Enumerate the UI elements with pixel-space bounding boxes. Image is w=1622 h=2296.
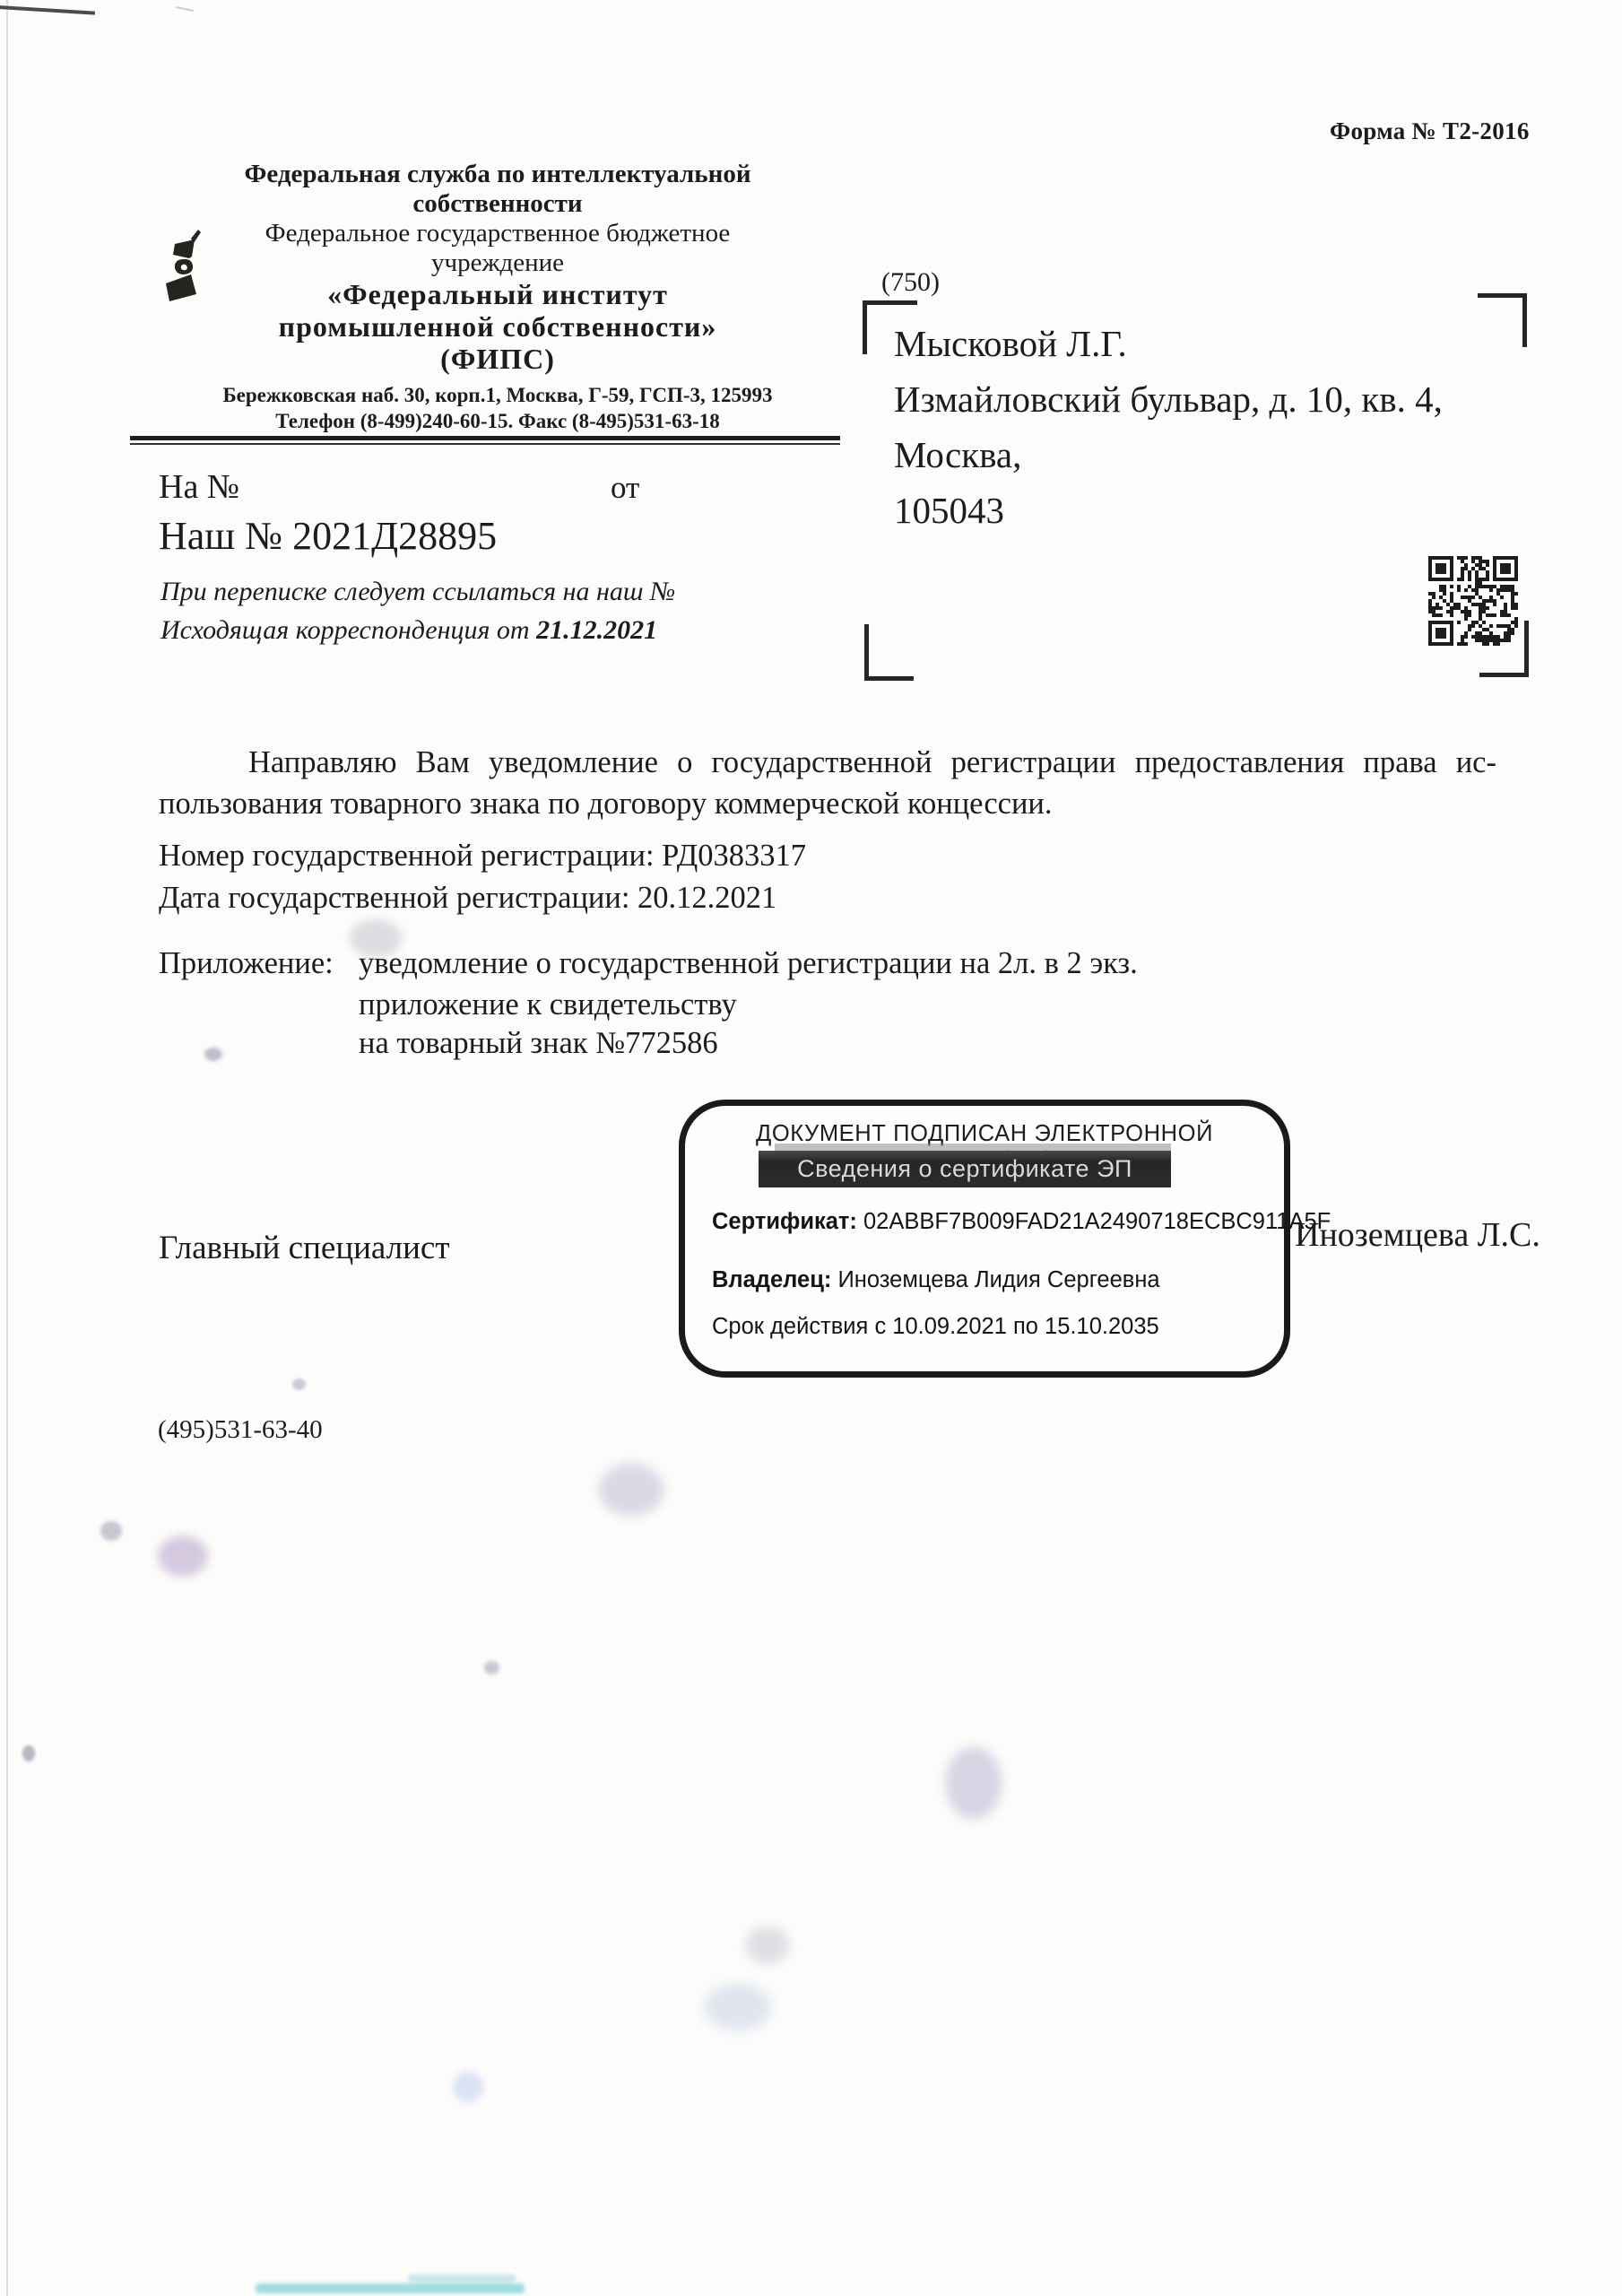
- body-paragraph-line1: Направляю Вам уведомление о государствен…: [159, 745, 1496, 780]
- stain: [599, 1464, 664, 1516]
- sender-institute-line1: «Федеральный институт: [134, 278, 861, 310]
- qr-code: [1428, 556, 1518, 646]
- recipient-code: (750): [881, 267, 940, 298]
- address-window-corner-tr: [1478, 293, 1527, 347]
- registration-number-line: Номер государственной регистрации: РД038…: [159, 839, 806, 874]
- recipient-name: Мысковой Л.Г.: [894, 316, 1468, 371]
- stain: [705, 1984, 771, 2031]
- certificate-info-button: Сведения о сертификате ЭП: [759, 1151, 1171, 1187]
- sender-header: Федеральная служба по интеллектуальной с…: [134, 160, 861, 434]
- stain-bottom-streak: [408, 2274, 516, 2283]
- signer-name: Иноземцева Л.С.: [1295, 1215, 1540, 1255]
- reference-note-line2: Исходящая корреспонденция от 21.12.2021: [160, 615, 657, 646]
- stain: [100, 1521, 122, 1541]
- scanned-letter-page: { "page": { "form_number": "Форма № Т2-2…: [0, 0, 1622, 2296]
- certificate-label: Сертификат:: [712, 1209, 863, 1234]
- header-divider: [130, 436, 840, 445]
- scan-edge-line: [6, 0, 8, 2296]
- e-signature-stamp: ДОКУМЕНТ ПОДПИСАН ЭЛЕКТРОННОЙ ПОДПИСЬЮ С…: [679, 1100, 1290, 1378]
- reference-note-line1: При переписке следует ссылаться на наш №: [160, 577, 675, 607]
- recipient-postcode: 105043: [894, 483, 1468, 538]
- stain: [946, 1747, 1002, 1819]
- outgoing-number: Наш № 2021Д28895: [159, 513, 497, 559]
- stain: [484, 1661, 499, 1674]
- outgoing-correspondence-date: 21.12.2021: [536, 615, 657, 645]
- sender-service-name-line1: Федеральная служба по интеллектуальной: [134, 160, 861, 189]
- stain: [453, 2072, 483, 2102]
- incoming-date-label: от: [611, 470, 639, 506]
- sender-service-name-line2: собственности: [134, 189, 861, 219]
- sender-institute-line3: (ФИПС): [134, 343, 861, 375]
- sender-phone-fax: Телефон (8-499)240-60-15. Факс (8-495)53…: [134, 408, 861, 434]
- registration-date-line: Дата государственной регистрации: 20.12.…: [159, 881, 776, 916]
- sender-org-type-line2: учреждение: [134, 248, 861, 278]
- address-window-corner-bl: [864, 624, 914, 681]
- scan-scratch: [0, 4, 95, 14]
- attachment-label: Приложение:: [159, 946, 334, 981]
- stain: [292, 1378, 306, 1390]
- owner-value: Иноземцева Лидия Сергеевна: [837, 1267, 1159, 1292]
- sender-institute-line2: промышленной собственности»: [134, 310, 861, 343]
- stain: [204, 1048, 222, 1061]
- stamp-certificate-row: Сертификат: 02ABBF7B009FAD21A2490718ECBC…: [712, 1209, 1331, 1235]
- stain: [746, 1926, 789, 1964]
- sender-postal-address: Бережковская наб. 30, корп.1, Москва, Г-…: [134, 382, 861, 408]
- attachment-item-1: уведомление о государственной регистраци…: [359, 946, 1138, 981]
- recipient-city: Москва,: [894, 427, 1468, 483]
- attachment-item-2: приложение к свидетельству: [359, 987, 737, 1022]
- outgoing-correspondence-label: Исходящая корреспонденция от: [160, 615, 536, 645]
- stain-bottom-streak: [256, 2283, 525, 2293]
- contact-phone: (495)531-63-40: [158, 1415, 323, 1445]
- signer-position: Главный специалист: [159, 1229, 450, 1267]
- recipient-street: Измайловский бульвар, д. 10, кв. 4,: [894, 371, 1468, 427]
- sender-org-type-line1: Федеральное государственное бюджетное: [134, 219, 861, 248]
- certificate-value: 02ABBF7B009FAD21A2490718ECBC911A5F: [863, 1209, 1331, 1234]
- stain: [158, 1535, 208, 1577]
- scan-scratch-small: [176, 6, 194, 12]
- stain: [22, 1745, 35, 1761]
- form-number: Форма № Т2-2016: [1330, 117, 1545, 145]
- stamp-owner-row: Владелец: Иноземцева Лидия Сергеевна: [712, 1267, 1160, 1293]
- incoming-number-label: На №: [159, 467, 239, 507]
- owner-label: Владелец:: [712, 1267, 837, 1292]
- attachment-item-3: на товарный знак №772586: [359, 1026, 718, 1061]
- stamp-validity-row: Срок действия с 10.09.2021 по 15.10.2035: [712, 1314, 1159, 1340]
- body-paragraph-line2: пользования товарного знака по договору …: [159, 787, 1496, 822]
- recipient-address: Мысковой Л.Г. Измайловский бульвар, д. 1…: [894, 316, 1468, 538]
